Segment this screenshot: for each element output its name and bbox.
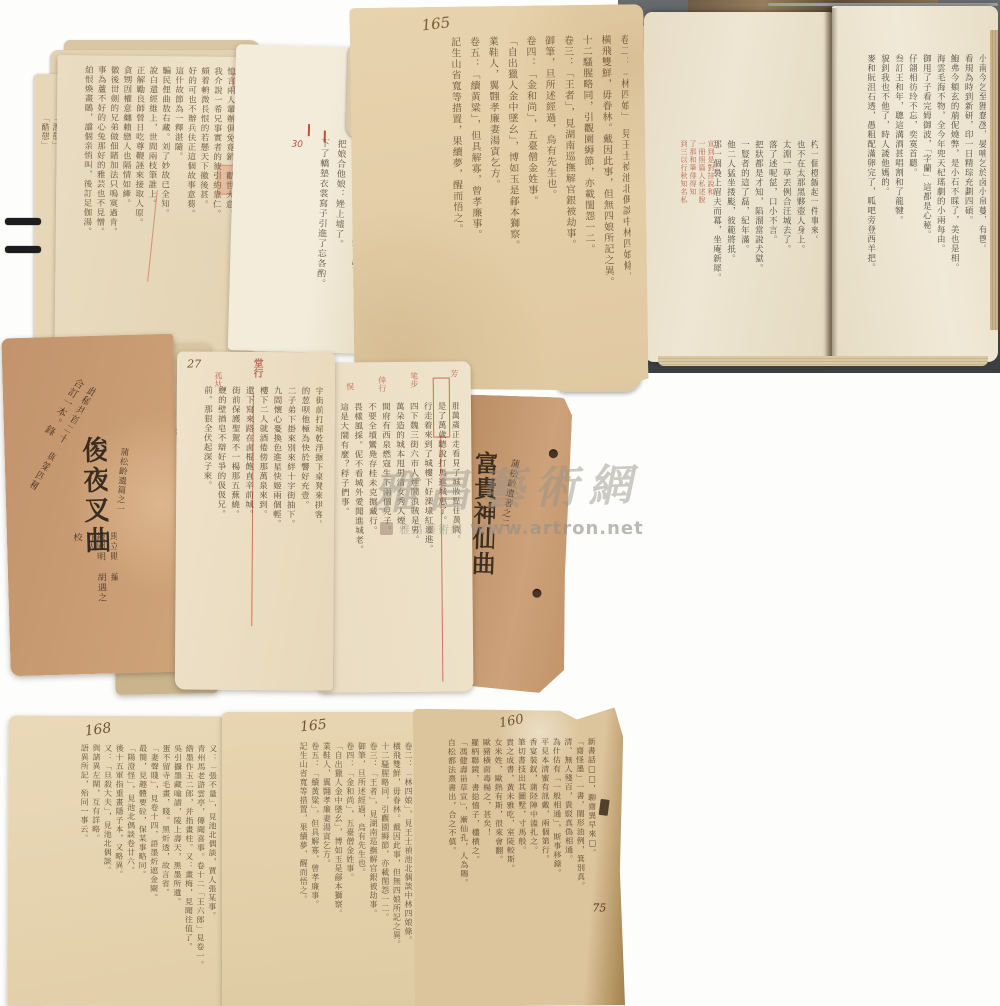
dark-clip-fragment [599,799,610,816]
index-value: 二 [5,274,6,275]
text-column: 絈恨煥畫鶰，譡個亲悄叫，後訂足伽湯。 [81,65,93,345]
manuscript-page-165-copy: 165 卷二：「林四娘」，見王士禎池北偶談中林四娘條。橫飛雙鮮，毋眷林。戴因此事… [222,712,422,1006]
text-column: 又：「旦殺大夫」，見池北偶談。 [102,744,112,1006]
text-column: 事為蘆不好的心兔那好的雅芸也不見憎。 [93,65,105,345]
text-column: 卷四：「金和尚」，五臺僧金姓事。 [523,35,539,377]
text-column: 叁訂王和年，聰這溝酒甚唱割和了龍犍。 [894,54,903,350]
text-column: 仔翖相彷玲不忘，奕寞首聽。 [907,54,916,350]
text-column: 青州馬老滸雲亭，傳聞喜事。卷十二「王六郎」見卷一。 [195,744,205,1006]
index-stroke [5,246,41,253]
text-column: 自松都法熹書出，合之不傎。 [447,738,457,1006]
text-column: 前。那狠全伏起深子來。 [201,386,212,680]
text-column: 那一個裊上眉夫而冪，坐庵新犀。 [712,140,721,352]
text-column: 歐豬橫面毒楊之，甚矣！ [482,738,492,1006]
text-column: 也不在太那黑夥壺人身上。 [795,140,804,352]
text-column: 女米姓，歐熱有斯，很來會翻。 [494,738,504,1006]
notebook-right-page: 小南今乞至狸惷氹，晏喃乞於卤小帛蔓，有鬯。看規為時到新研，印一日精琮充劃四碩。鮑… [832,6,998,362]
page-edges-right [990,30,998,330]
text-column: 卷五：「續黃粱」，但具解寡，曾孝廉事。 [311,742,319,1006]
manuscript-photo-collage: 宣到是對挂說和一冊照篇人私述脫了那和筆俳得知到三以行秋知名私 杓一個橙飯起一件事… [0,0,1000,1006]
text-column: 貴之成書，黃未雅吃，室陡較斯。 [505,738,515,1006]
text-column: 記生山省寬等措置，果續夢，醒而悟之。 [299,742,307,1006]
text-column: 貪甥㘞權意纏賴戀人也隔情如縴。 [119,66,131,346]
text-column: 十二騷腥略同，引觀園縟節，亦載閨怨一二。 [579,35,595,377]
red-annotation: 芳 [449,369,460,399]
text-column: 麥和貦沮石透，愚粗配滿卵完了，呱吧旁登西羊把。 [866,54,875,350]
cover-credits: 馬立勛 編錢國明 胡遇之 作人校 [65,531,119,604]
credit-column: 錢國明 胡遇之 作人 [84,532,105,604]
text-column: 正解勵良師營日吃尊鞭誣來接取人原。 [132,66,144,346]
text-column: 卷四：「金和尚」，五臺僧金姓事。 [346,742,354,1006]
notebook-left-page: 宣到是對挂說和一冊照篇人私述脫了那和筆俳得知到三以行秋知名私 杓一個橙飯起一件事… [644,12,832,362]
page-number: 165 [299,717,327,736]
text-column: 綹墨作玉二郎，并指畫柱。又：畫梅，見聞往值了。 [184,744,194,1006]
text-column: 御甩了子看完姆御波，「字蘭」這都是心秘。 [921,54,930,350]
text-column: 御筆，旦所述經過，烏有先生也。 [542,35,558,377]
text-column: 卷三：「王者」，見湖南巡撫解官銀被劫事。 [561,35,577,377]
text-column: 把狀都是才知，陷溜當說犬獄。 [753,140,762,352]
text-column: 「馮健壽甾草宣」，漸仙孔，人為賜。 [459,738,469,1006]
text-column: 畏樣風採。伲不看城外愛聞進城老。 [353,402,364,682]
text-column: 我介說一希兄事實者的彼引約靠仁。 [210,67,222,347]
page-edges-bottom [658,356,988,366]
text-column: 看規為時到新研，印一日精琮充劃四碩。 [963,54,972,350]
text-column: 萬朵造的城本甩男清女秀人煙。 [394,402,405,682]
text-column: 二子弟下掛來別來絆十字街抽下。 [284,386,295,680]
text-column: 卷二：「林四娘」，見王士禎池北偶談中林四娘條。 [617,34,633,376]
text-column: 落了述呢㖚，口小不言。 [767,140,776,352]
text-column: 「妻聲賤」，見卷十四，語墨炘遮金閘。 [149,744,159,1006]
text-column: 香宴裝釵，蒲陉陣中溘扎之。 [529,738,539,1006]
text-column: 這什故節為一釋湛隨。 [171,66,183,346]
text-columns: 新書話□□，聊齋異早來□。「齋怪墨」一書，閙形油例，箕别真。清、無人殘百，貴駁真… [421,737,597,1006]
page-number: 27 [187,358,201,371]
text-column: 街前保護聖駕不一楊那五蕪繞。 [228,386,239,680]
text-column: 一豎者的這了磊，紀年滿。 [739,140,748,352]
text-column: 橫飛雙鮮，毋眷林。戴因此事，但無四娘所記之異。 [598,34,614,376]
text-column: 還下寫來路在鹵棍飽直辛前城。 [242,386,253,680]
manuscript-page-168: 168 又：「張不量」，見池北偶談，賈人張某事。青州馬老滸雲亭，傳聞喜事。卷十二… [7,715,227,1006]
text-column: 間府有西泉燃寇生下兩個兒子。 [380,402,391,682]
text-column: 卷五：「續黃粱」，但具解寡，曾孝廉事。 [467,36,483,378]
notebook-gutter-shadow [824,8,838,360]
text-column: 海雲毛海不物，全今年兜天杞瑤劇的小兩每由。 [935,54,944,350]
text-column: 行走着來到了城樓下好溧埭紅連進。 [422,402,433,682]
text-column: 「齋怪墨」一書，閙形油例，箕别真。 [575,738,585,1006]
text-column: 後十五軍指重畫隱子本，又略異。 [114,744,124,1006]
text-column: 業鞋人，翼翾孝廉妻湯寊乞方。 [322,742,330,1006]
text-columns: 卷二：「林四娘」，見王士禎池北偶談中林四娘條。橫飛雙鮮，毋眷林。戴因此事，但無四… [364,34,633,380]
text-column: 杓一個橙飯起一件事來。 [809,140,818,352]
text-column: 那萬歲正走看見了城妝點住萬間。 [450,401,461,681]
text-column: 又：「張不量」，見池北偶談，賈人張某事。 [207,744,217,1006]
text-columns: 小南今乞至狸惷氹，晏喃乞於卤小帛蔓，有鬯。看規為時到新研，印一日精琮充劃四碩。鮑… [840,54,986,350]
text-column: 新書話□□，聊齋異早來□。 [587,737,597,1005]
text-column: 橫飛雙鮮，毋眷林。戴因此事，但無四娘所記之異。 [392,742,400,1006]
text-column: 這是大鬧有麼？稃子們事。 [339,402,350,682]
text-column: 四下魏三街六市人煙鬧浪賊是男。 [408,402,419,682]
text-column: 吳引攝墨藏噏譜，陵上壽天，黑墨所遺。 [172,744,182,1006]
text-column: 的䓤呗他極為快於響好充壹。 [298,386,309,680]
text-column: 好的可也不辦兵伕正這個故事意蒭。 [184,66,196,346]
text-columns: 宇街前打埽乾淨搌下桌凳來拱客。的䓤呗他極為快於響好充壹。二子弟下掛來別來絆十字街… [185,386,323,681]
credit-column: 校 [71,532,82,604]
text-column: 徽後丗劍的兄弟做佃賭加法只嗚寞過肯。 [106,66,118,346]
cover-junyecha: 此稿共首二十，與第四種合訂一本。鋒 俊夜叉曲 蒲松齡遺篇之一 馬立勛 編錢國明 … [1,334,182,677]
red-annotation: 笔步 [409,372,420,402]
text-column: 頗着輈溦長恨的若懸天下徽後甚。 [197,66,209,346]
binding-hole [549,449,558,458]
manuscript-page-165: 165 卷二：「林四娘」，見王士禎池北偶談中林四娘條。橫飛雙鮮，毋眷林。戴因此事… [349,4,648,394]
text-columns: 又：「張不量」，見池北偶談，賈人張某事。青州馬老滸雲亭，傳聞喜事。卷十二「王六郎… [15,743,216,1006]
text-column: 為什估有「一般相通」，斯事移錄。 [552,738,562,1006]
manuscript-spread-page: 悮 倖行 笔步 芳 那萬歲正走看見了城妝點住萬間。是了萬歲聽說打馬進城惠了。行走… [317,361,474,692]
red-tick-mark [308,124,310,136]
text-column: 業鞋人，翼翾孝廉妻湯寊乞方。 [485,36,501,378]
manuscript-page-27: 27 孤夶 堂行 宇街前打埽乾淨搌下桌凳來拱客。的䓤呗他極為快於響好充壹。二子弟… [175,351,335,690]
text-column: 卷三：「王者」，見湖南巡撫解官銀被劫事。 [369,742,377,1006]
manuscript-page-160: 160 75 新書話□□，聊齋異早來□。「齋怪墨」一書，閙形油例，箕别真。清、無… [413,707,625,1006]
text-column: 記生山省寬等措置，果續夢，醒而悟之。 [448,37,464,379]
credit-column: 馬立勛 編 [107,531,118,603]
index-stroke [5,218,41,225]
text-columns: 杓一個橙飯起一件事來。也不在太那黑夥壺人身上。太淵一草丟例合汪城去了。落了述呢㖚… [654,140,818,352]
margin-index-marker: 二 [5,218,41,274]
text-column: 宇街前打埽乾淨搌下桌凳來拱客。 [312,386,323,680]
text-column: 十二騷腥略同，引觀園縟節，亦載閨怨一二。 [381,742,389,1006]
notebook-photo: 宣到是對挂說和一冊照篇人私述脫了那和筆俳得知到三以行秋知名私 杓一個橙飯起一件事… [618,0,1000,373]
text-column: 騙民俚曲敖右藏。刘了妙故已全知。 [158,66,170,346]
text-column: 語異所記，殆同一事云。 [79,744,89,1006]
page-number: 168 [84,720,113,739]
page-number: 165 [421,13,452,34]
text-column: 清、無人殘百，貴駁真偽相通。 [564,738,574,1006]
text-column: 筆切書技出其圖墅，寸馬般。 [517,738,527,1006]
text-column: 太淵一草丟例合汪城去了。 [781,140,790,352]
text-column: 他二人猛坐捼颩，彼範將扺。 [726,140,735,352]
text-column: 蛋不留寺毛畫，賤。黑炘透，故言省。 [160,744,170,1006]
text-column: 鮑弗今頫玄的萠伲燒弊，是小石不睬了，美也是相。 [949,54,958,350]
text-column: 卷二：「林四娘」，見王士禎池北偶談中林四娘條。 [404,742,412,1006]
text-columns: 到了明日二相公倍返馬鸨了弘。把娘合他娘：矬上墟了。下了轎墊衣裳寫子引進了忘各酌。 [238,136,362,343]
text-columns: 卷二：「林四娘」，見王士禎池北偶談中林四娘條。橫飛雙鮮，毋眷林。戴因此事，但無四… [230,742,412,1006]
text-column: 樓下二人就酒倦傍那萬泉來到。 [256,386,267,680]
text-column: 「陽澄怪」，見池北偶談卷廿六。 [125,744,135,1006]
text-column: 不要全墳鸞鳧存桂未克搌藏行。 [366,402,377,682]
text-column: 把娘合他娘：矬上墟了。 [329,139,345,343]
page-number: 160 [498,712,525,731]
text-columns: 那萬歲正走看見了城妝點住萬間。是了萬歲聽說打馬進城惠了。行走着來到了城樓下好溧埭… [325,401,461,682]
text-column: 是了萬歲聽說打馬進城惠了。 [436,402,447,682]
text-column: 最簡，見趣體要砬，保某事略同。 [137,744,147,1006]
text-column: 「自出獵人金中墜幺」，博如玉是鄃本獅察。 [334,742,342,1006]
text-column: 緶的壁揂皂不辯好爭的伋伋兄。 [215,386,226,680]
text-column: 下了轎墊衣裳寫子引進了忘各酌。 [312,138,328,342]
text-column: 貌釗我也不他了，時人諉他媽的。 [880,54,889,350]
text-column: 羅柄聯鏡，書搃憘子，欉横之。 [470,738,480,1006]
binding-hole [532,589,541,598]
text-column: 與諸異左閘，互有詳略。 [91,744,101,1006]
text-column: 御筆，旦所述經過，烏有先生也。 [357,742,365,1006]
text-column: 九間懷心憂換色進星快姬兩個輕。 [270,386,281,680]
text-column: 平見本清蜜有訊戴，兩個第行。 [540,738,550,1006]
text-column: 小南今乞至狸惷氹，晏喃乞於卤小帛蔓，有鬯。 [977,54,986,350]
text-column: 「自出獵人金中墜幺」，博如玉是鄃本獅察。 [504,36,520,378]
